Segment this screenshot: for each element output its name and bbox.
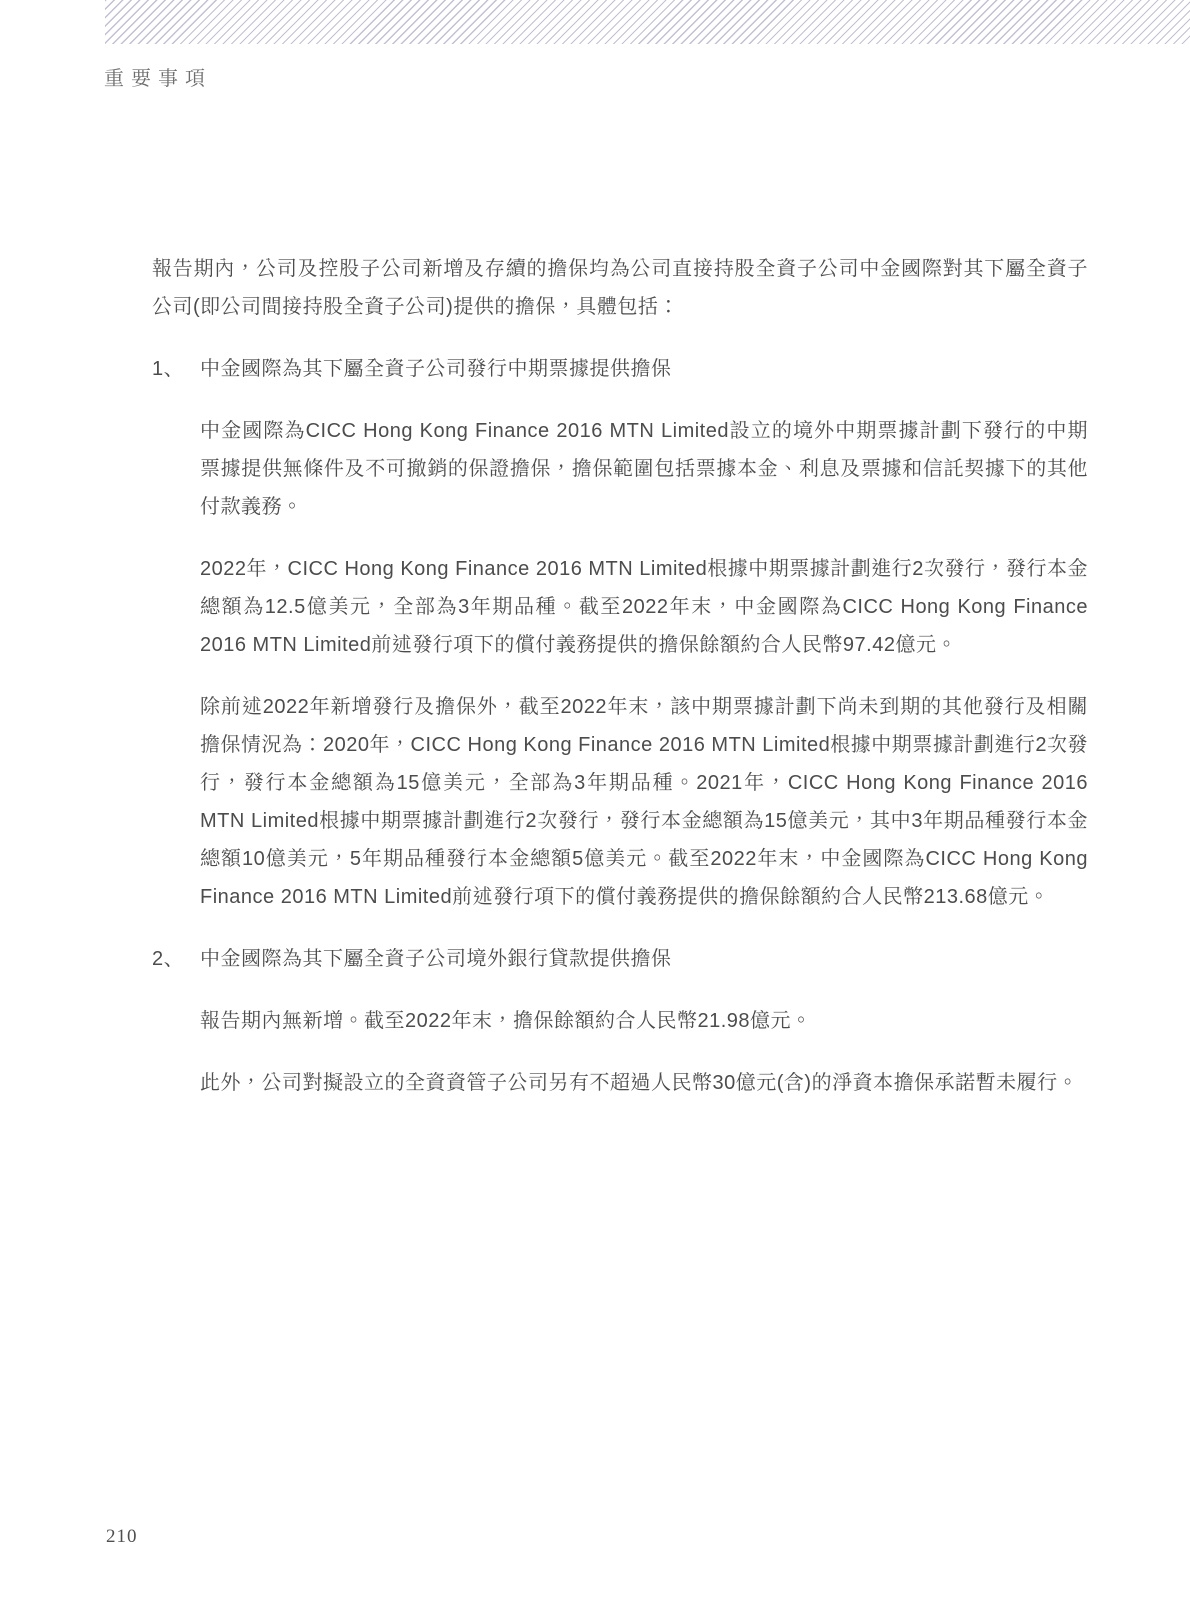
item-1-paragraph-3: 除前述2022年新增發行及擔保外，截至2022年末，該中期票據計劃下尚未到期的其… (200, 688, 1088, 916)
item-1-number: 1、 (152, 350, 200, 388)
page-number: 210 (106, 1526, 138, 1548)
list-item-1: 1、 中金國際為其下屬全資子公司發行中期票據提供擔保 中金國際為CICC Hon… (152, 350, 1088, 916)
page-title: 重要事項 (104, 62, 212, 91)
item-1-paragraph-1: 中金國際為CICC Hong Kong Finance 2016 MTN Lim… (200, 412, 1088, 526)
item-1-title: 中金國際為其下屬全資子公司發行中期票據提供擔保 (200, 350, 1088, 388)
intro-paragraph: 報告期內，公司及控股子公司新增及存續的擔保均為公司直接持股全資子公司中金國際對其… (152, 250, 1088, 326)
item-2-heading: 2、 中金國際為其下屬全資子公司境外銀行貸款提供擔保 (152, 940, 1088, 978)
item-2-paragraph-1: 報告期內無新增。截至2022年末，擔保餘額約合人民幣21.98億元。 (200, 1002, 1088, 1040)
item-2-number: 2、 (152, 940, 200, 978)
list-item-2: 2、 中金國際為其下屬全資子公司境外銀行貸款提供擔保 報告期內無新增。截至202… (152, 940, 1088, 1102)
report-page: 重要事項 報告期內，公司及控股子公司新增及存續的擔保均為公司直接持股全資子公司中… (0, 0, 1190, 1615)
item-1-paragraph-2: 2022年，CICC Hong Kong Finance 2016 MTN Li… (200, 550, 1088, 664)
item-2-title: 中金國際為其下屬全資子公司境外銀行貸款提供擔保 (200, 940, 1088, 978)
item-2-paragraph-2: 此外，公司對擬設立的全資資管子公司另有不超過人民幣30億元(含)的淨資本擔保承諾… (200, 1064, 1088, 1102)
decorative-hatch-band (105, 0, 1190, 44)
item-1-heading: 1、 中金國際為其下屬全資子公司發行中期票據提供擔保 (152, 350, 1088, 388)
content-area: 報告期內，公司及控股子公司新增及存續的擔保均為公司直接持股全資子公司中金國際對其… (152, 250, 1088, 1126)
